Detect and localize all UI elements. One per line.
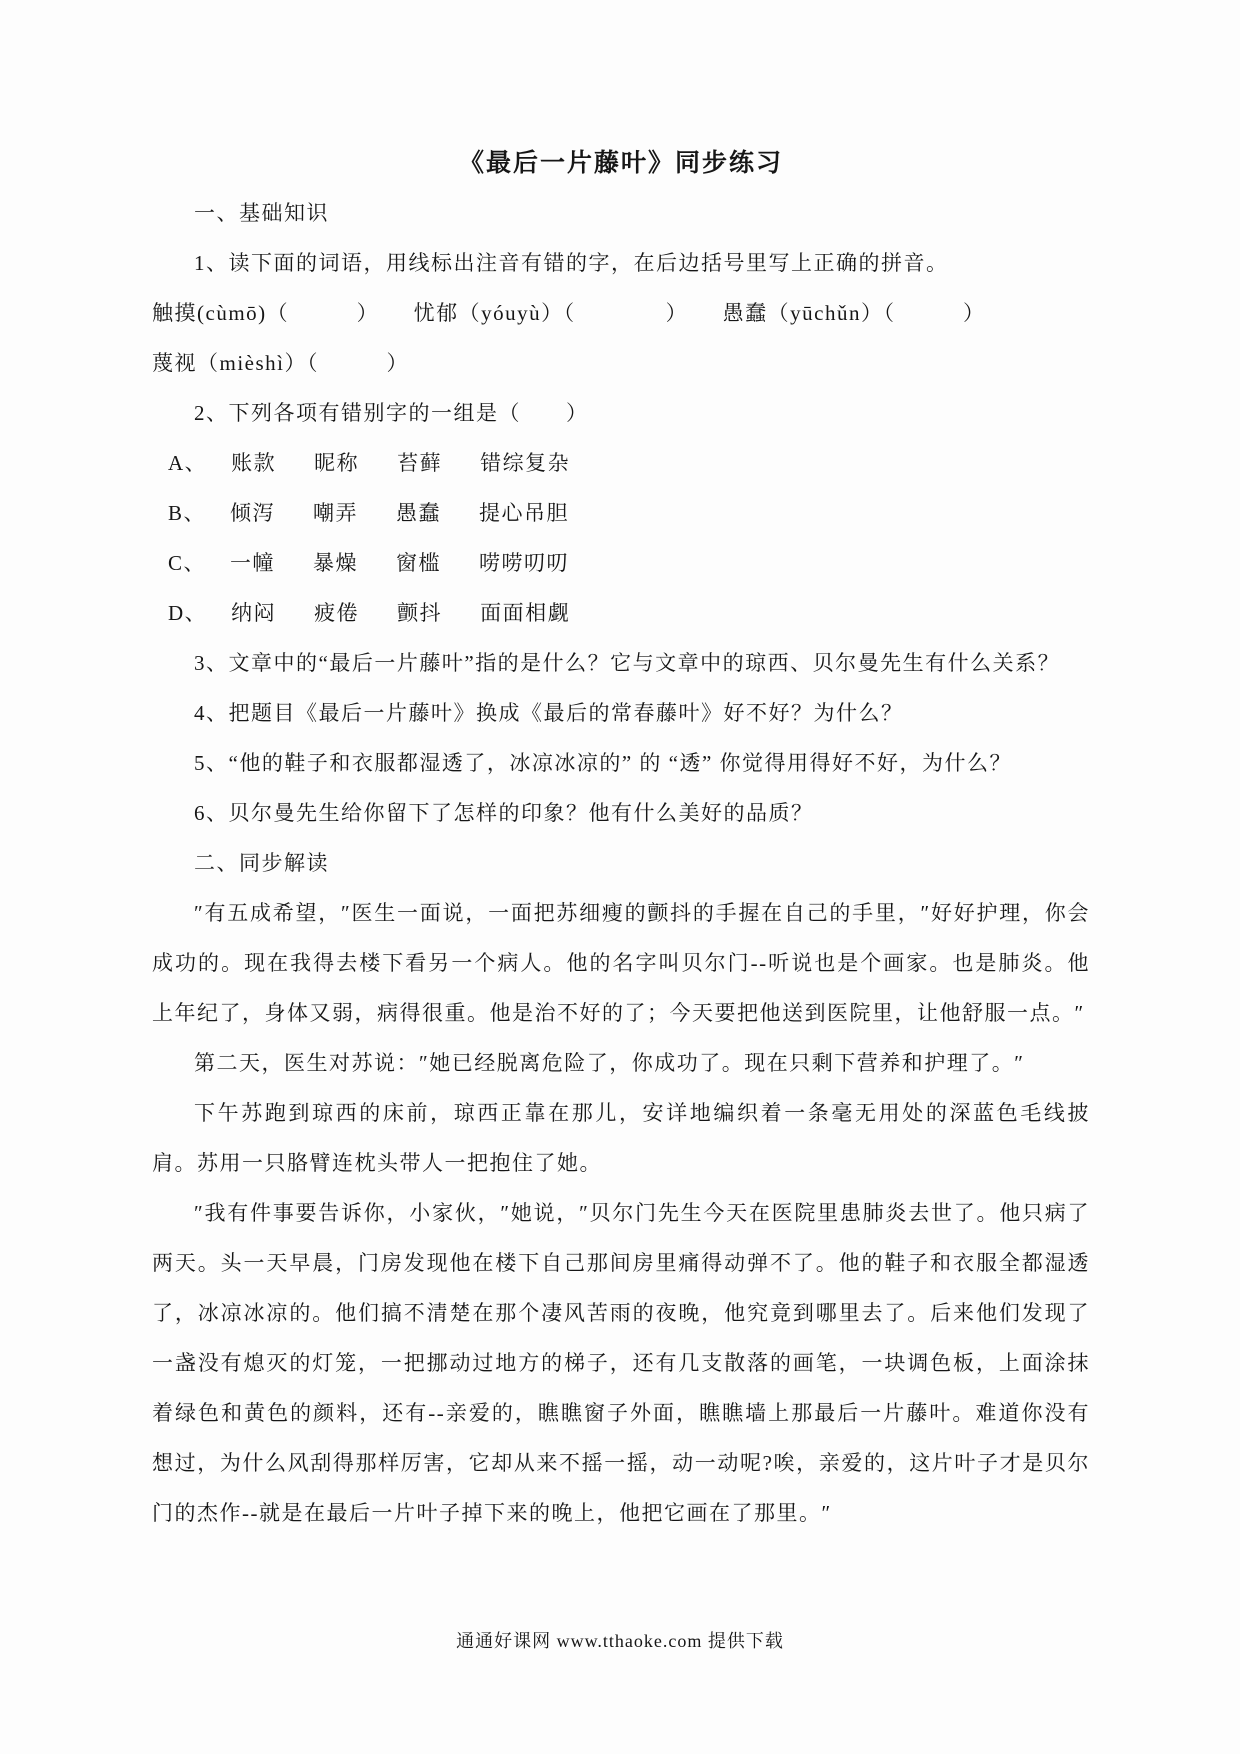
option-word: 昵称 xyxy=(314,438,359,488)
option-word: 倾泻 xyxy=(230,488,275,538)
option-row-c: C、 一幢 暴燥 窗槛 唠唠叨叨 xyxy=(152,538,1090,588)
option-word: 愚蠢 xyxy=(396,488,441,538)
option-word: 窗槛 xyxy=(396,538,441,588)
option-word: 提心吊胆 xyxy=(479,488,569,538)
reading-paragraph: 下午苏跑到琼西的床前，琼西正靠在那儿，安详地编织着一条毫无用处的深蓝色毛线披肩。… xyxy=(152,1088,1090,1188)
reading-paragraph: 第二天，医生对苏说：″她已经脱离危险了，你成功了。现在只剩下营养和护理了。″ xyxy=(152,1038,1090,1088)
option-word: 纳闷 xyxy=(231,588,276,638)
option-word: 错综复杂 xyxy=(480,438,570,488)
footer-credit: 通通好课网 www.tthaoke.com 提供下载 xyxy=(0,1616,1240,1666)
option-label: D、 xyxy=(168,588,207,638)
question-4: 4、把题目《最后一片藤叶》换成《最后的常春藤叶》好不好？为什么？ xyxy=(152,688,1090,738)
option-word: 疲倦 xyxy=(314,588,359,638)
option-word: 账款 xyxy=(231,438,276,488)
option-word: 暴燥 xyxy=(313,538,358,588)
reading-paragraph: ″我有件事要告诉你，小家伙，″她说，″贝尔门先生今天在医院里患肺炎去世了。他只病… xyxy=(152,1188,1090,1538)
question-3: 3、文章中的“最后一片藤叶”指的是什么？它与文章中的琼西、贝尔曼先生有什么关系？ xyxy=(152,638,1090,688)
option-word: 苔藓 xyxy=(397,438,442,488)
option-row-d: D、 纳闷 疲倦 颤抖 面面相觑 xyxy=(152,588,1090,638)
pinyin-row-1: 触摸(cùmō)（ ） 忧郁（yóuyù）（ ） 愚蠢（yūchǔn）（ ） xyxy=(152,288,1090,338)
option-label: B、 xyxy=(168,488,206,538)
reading-paragraph: ″有五成希望，″医生一面说，一面把苏细瘦的颤抖的手握在自己的手里，″好好护理，你… xyxy=(152,888,1090,1038)
question-5: 5、“他的鞋子和衣服都湿透了，冰凉冰凉的” 的 “透” 你觉得用得好不好，为什么… xyxy=(152,738,1090,788)
document-body: 《最后一片藤叶》同步练习 一、基础知识 1、读下面的词语，用线标出注音有错的字，… xyxy=(152,138,1090,1538)
option-word: 面面相觑 xyxy=(480,588,570,638)
section-heading-basics: 一、基础知识 xyxy=(152,188,1090,238)
page-title: 《最后一片藤叶》同步练习 xyxy=(152,138,1090,188)
document-page: 《最后一片藤叶》同步练习 一、基础知识 1、读下面的词语，用线标出注音有错的字，… xyxy=(0,0,1240,1754)
question-6: 6、贝尔曼先生给你留下了怎样的印象？他有什么美好的品质？ xyxy=(152,788,1090,838)
option-row-a: A、 账款 昵称 苔藓 错综复杂 xyxy=(152,438,1090,488)
question-1-prompt: 1、读下面的词语，用线标出注音有错的字，在后边括号里写上正确的拼音。 xyxy=(152,238,1090,288)
option-word: 唠唠叨叨 xyxy=(479,538,569,588)
option-row-b: B、 倾泻 嘲弄 愚蠢 提心吊胆 xyxy=(152,488,1090,538)
option-word: 一幢 xyxy=(230,538,275,588)
option-label: C、 xyxy=(168,538,206,588)
pinyin-row-2: 蔑视（mièshì）（ ） xyxy=(152,338,1090,388)
question-2-prompt: 2、下列各项有错别字的一组是（ ） xyxy=(152,388,1090,438)
option-label: A、 xyxy=(168,438,207,488)
option-word: 颤抖 xyxy=(397,588,442,638)
option-word: 嘲弄 xyxy=(313,488,358,538)
section-heading-reading: 二、同步解读 xyxy=(152,838,1090,888)
